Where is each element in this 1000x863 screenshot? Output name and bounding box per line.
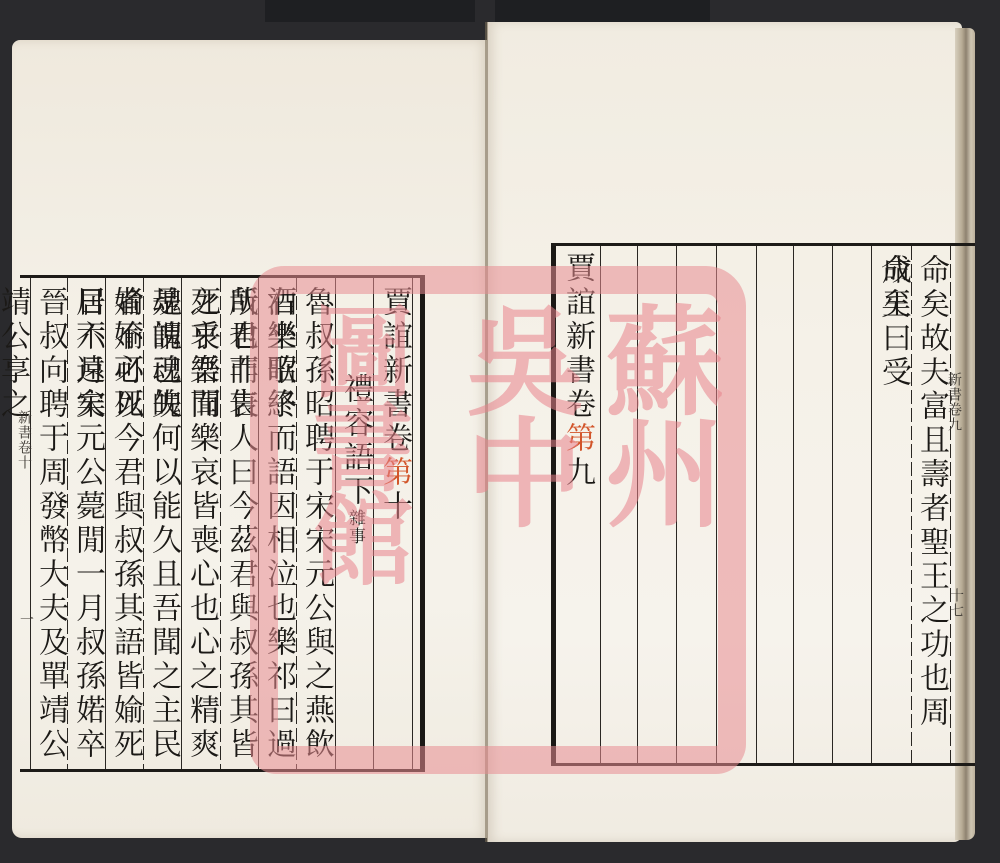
column-rule [600,246,601,763]
scanner-clamp-left [265,0,475,22]
text-column: 命矣故夫富且壽者聖王之功也周成王曰受 [912,254,950,763]
text-column: 媮媮必死今君與叔孫其語皆媮死日不遠矣 [106,286,144,769]
left-page-folio: 一 [18,612,34,627]
text-column: 居六月宋元公薨閒一月叔孫婼卒 [68,286,106,762]
red-annotation: 第 [377,456,412,490]
volume-title-column: 賈誼新書卷第十 [375,286,413,524]
right-page-folio: 十七 [948,588,964,618]
red-annotation: 第 [560,422,595,456]
text-column: 右坐歌終而語因相泣也樂祁曰過哉君非哀 [259,286,297,769]
book-gutter [485,22,488,842]
chapter-title-column: 禮容語下雜事 [336,373,374,545]
column-rule [793,246,794,763]
left-page-margin-label: 新書卷十 [16,410,32,470]
column-rule [637,246,638,763]
volume-end-title-column: 賈誼新書卷第九 [558,252,596,490]
scan-background: 賈誼新書卷第十 禮容語下雜事 魯叔孫昭聘于宋宋元公與之燕飲酒樂昭子 右坐歌終而語… [0,0,1000,863]
text-column: 命矣 [873,254,911,322]
column-rule [756,246,757,763]
scanner-clamp-right [495,0,710,22]
text-column: 之哀樂而樂哀皆喪心也心之精爽是謂魂魄 [182,286,220,769]
column-rule [832,246,833,763]
column-rule [950,246,951,763]
column-rule [716,246,717,763]
right-page-text-frame: 命矣故夫富且壽者聖王之功也周成王曰受 命矣 賈誼新書卷第九 [551,243,975,766]
text-column: 魯叔孫昭聘于宋宋元公與之燕飲酒樂昭子 [297,286,335,769]
frame-left-border [551,246,556,763]
column-rule [676,246,677,763]
frame-right-border [420,278,425,769]
text-column: 所也而告人曰今茲君與叔孫其皆死乎吾聞 [221,286,259,769]
text-column: 晉叔向聘于周發幣大夫及單靖公靖公享之 [31,286,69,769]
left-page-text-frame: 賈誼新書卷第十 禮容語下雜事 魯叔孫昭聘于宋宋元公與之燕飲酒樂昭子 右坐歌終而語… [20,275,425,772]
right-page-margin-label: 新書卷九 [946,372,962,432]
column-rule [871,246,872,763]
text-column: 魂魄已失何以能久且吾聞之主民者不可以 [144,286,182,769]
